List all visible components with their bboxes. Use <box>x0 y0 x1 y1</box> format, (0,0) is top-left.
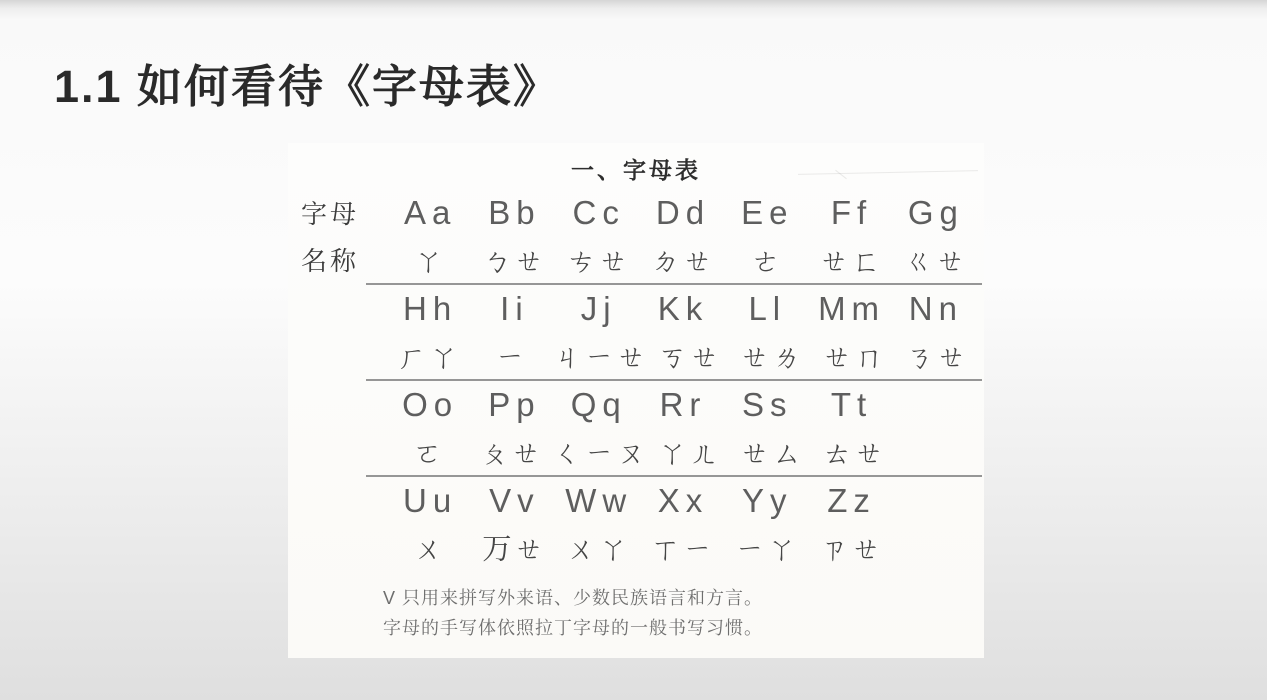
letters-row-4: Uu Vv Ww Xx Yy Zz <box>288 477 984 524</box>
letter-pair: Vv <box>472 482 556 520</box>
letter-pair: Hh <box>388 290 472 328</box>
letter-pair: Bb <box>472 194 556 232</box>
letter-pair: Ff <box>809 194 893 232</box>
letter-pair: Pp <box>472 386 556 424</box>
letter-pair: Nn <box>894 290 978 328</box>
letters-row-1: 字母 Aa Bb Cc Dd Ee Ff Gg <box>288 189 984 236</box>
letter-pair: Uu <box>388 482 472 520</box>
letter-pair: Mm <box>809 290 893 328</box>
letter-name: ㄑㄧㄡ <box>553 431 649 472</box>
letter-name: ㄒㄧ <box>641 527 725 568</box>
letter-name: ㄏㄚ <box>388 335 470 376</box>
letter-name: ㄝㄇ <box>813 335 895 376</box>
letter-name: ㄜ <box>725 239 809 280</box>
letter-name: ㄊㄝ <box>813 431 895 472</box>
names-row-4: ㄨ ㄪㄝ ㄨㄚ ㄒㄧ ㄧㄚ ㄗㄝ <box>288 524 984 571</box>
letter-pair: Dd <box>641 194 725 232</box>
letter-name: ㄅㄝ <box>472 239 556 280</box>
letter-name: ㄉㄝ <box>641 239 725 280</box>
letter-pair: Jj <box>557 290 641 328</box>
letter-pair: Ee <box>725 194 809 232</box>
letter-name: ㄋㄝ <box>896 335 978 376</box>
letter-pair: Ll <box>725 290 809 328</box>
letter-name: ㄚㄦ <box>649 431 731 472</box>
letter-name: ㄨㄚ <box>557 527 641 568</box>
footnote: V 只用来拼写外来语、少数民族语言和方言。 字母的手写体依照拉丁字母的一般书写习… <box>383 583 984 643</box>
letter-name: ㄎㄝ <box>649 335 731 376</box>
names-row-1: 名称 ㄚ ㄅㄝ ㄘㄝ ㄉㄝ ㄜ ㄝㄈ ㄍㄝ <box>288 236 984 283</box>
letter-name: ㄧㄚ <box>725 527 809 568</box>
letter-name: ㄆㄝ <box>470 431 552 472</box>
letters-row-2: Hh Ii Jj Kk Ll Mm Nn <box>288 285 984 332</box>
letter-pair: Cc <box>557 194 641 232</box>
letter-name: ㄛ <box>388 431 470 472</box>
letter-name: ㄐㄧㄝ <box>553 335 649 376</box>
letter-pair: Zz <box>809 482 893 520</box>
letters-row-3: Oo Pp Qq Rr Ss Tt <box>288 381 984 428</box>
slide: 1.1 如何看待《字母表》 一、字母表 字母 Aa Bb Cc Dd Ee Ff… <box>0 0 1267 700</box>
letter-name: ㄝㄌ <box>731 335 813 376</box>
row-label-names: 名称 <box>288 241 388 278</box>
letter-name: ㄪㄝ <box>472 527 556 568</box>
letter-pair: Oo <box>388 386 472 424</box>
letter-pair: Tt <box>809 386 893 424</box>
letter-name: ㄚ <box>388 239 472 280</box>
letter-name: ㄍㄝ <box>894 239 978 280</box>
slide-title: 1.1 如何看待《字母表》 <box>54 50 560 115</box>
names-row-3: ㄛ ㄆㄝ ㄑㄧㄡ ㄚㄦ ㄝㄙ ㄊㄝ <box>288 428 984 475</box>
letter-pair: Ss <box>725 386 809 424</box>
letter-pair: Aa <box>388 194 472 232</box>
table-title: 一、字母表 <box>288 143 984 182</box>
footnote-line-2: 字母的手写体依照拉丁字母的一般书写习惯。 <box>383 613 984 643</box>
letter-pair: Kk <box>641 290 725 328</box>
letter-name: ㄧ <box>470 335 552 376</box>
row-label-letters: 字母 <box>288 194 388 231</box>
letter-pair: Yy <box>725 482 809 520</box>
letter-name: ㄗㄝ <box>809 527 893 568</box>
letter-name: ㄝㄈ <box>809 239 893 280</box>
letter-name: ㄘㄝ <box>557 239 641 280</box>
letter-name: ㄝㄙ <box>731 431 813 472</box>
letter-pair: Qq <box>557 386 641 424</box>
letter-pair: Xx <box>641 482 725 520</box>
letter-pair: Ii <box>472 290 556 328</box>
letter-name: ㄨ <box>388 527 472 568</box>
alphabet-table-scan: 一、字母表 字母 Aa Bb Cc Dd Ee Ff Gg 名称 ㄚ ㄅㄝ ㄘㄝ… <box>288 143 984 658</box>
letter-pair: Gg <box>894 194 978 232</box>
letter-pair: Rr <box>641 386 725 424</box>
letter-pair: Ww <box>557 482 641 520</box>
footnote-line-1: V 只用来拼写外来语、少数民族语言和方言。 <box>383 583 984 613</box>
names-row-2: ㄏㄚ ㄧ ㄐㄧㄝ ㄎㄝ ㄝㄌ ㄝㄇ ㄋㄝ <box>288 332 984 379</box>
